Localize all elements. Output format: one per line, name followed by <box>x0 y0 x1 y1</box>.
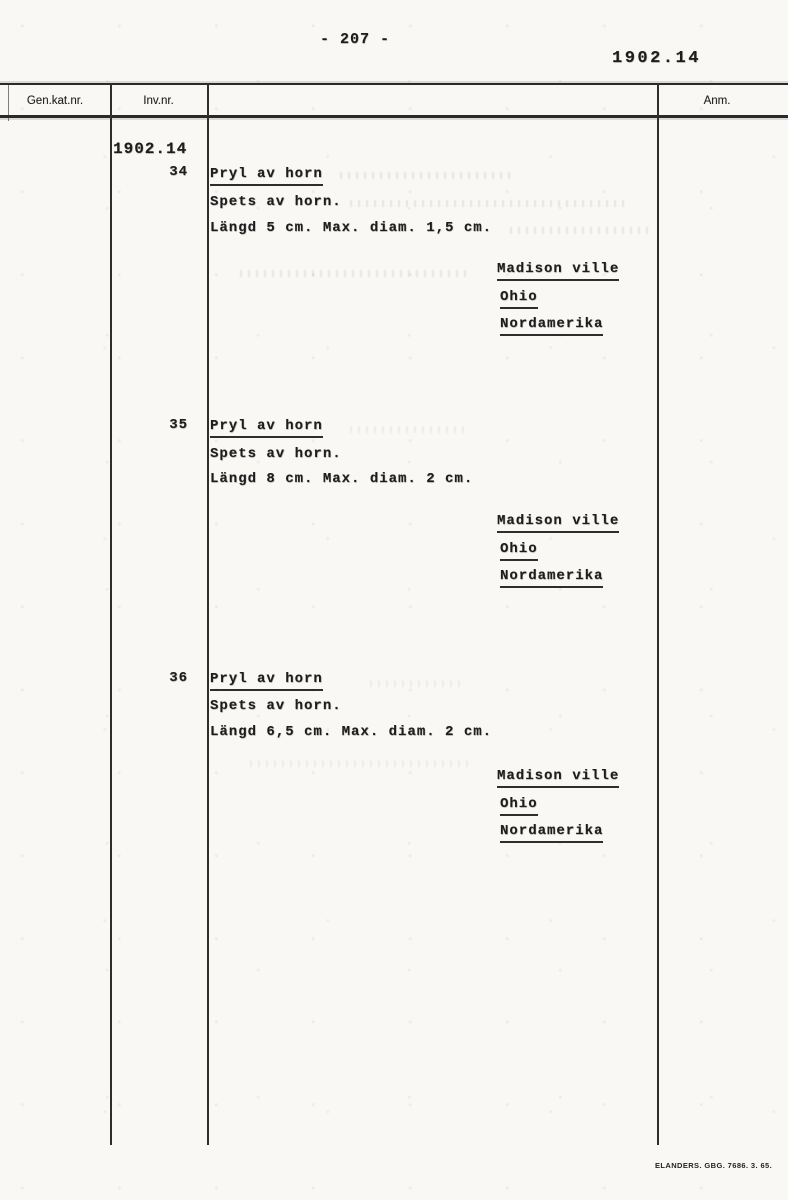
entry-dimensions: Längd 6,5 cm. Max. diam. 2 cm. <box>210 724 492 740</box>
group-catalog-number: 1902.14 <box>113 140 187 158</box>
provenance-region: Ohio <box>500 796 538 812</box>
entry-description: Spets av horn. <box>210 446 342 462</box>
provenance-region: Ohio <box>500 289 538 305</box>
scan-noise <box>510 227 650 234</box>
entry-title: Pryl av horn <box>210 418 323 434</box>
scan-noise <box>350 426 470 433</box>
printer-mark: ELANDERS. GBG. 7686. 3. 65. <box>655 1161 772 1170</box>
entry-inv-nr: 36 <box>110 670 188 686</box>
table-column-line-2 <box>207 83 209 1145</box>
table-column-line-3 <box>657 83 659 1145</box>
page-number: - 207 - <box>300 31 410 48</box>
column-header-inv-nr: Inv.nr. <box>110 95 207 107</box>
scan-noise <box>370 680 460 687</box>
provenance-region: Ohio <box>500 541 538 557</box>
scan-noise <box>240 270 470 277</box>
column-header-anm: Anm. <box>657 95 777 107</box>
entry-description: Spets av horn. <box>210 698 342 714</box>
provenance-place: Madison ville <box>497 768 619 784</box>
entry-title: Pryl av horn <box>210 671 323 687</box>
header-catalog-number: 1902.14 <box>612 49 701 68</box>
provenance-continent: Nordamerika <box>500 823 603 839</box>
entry-description: Spets av horn. <box>210 194 342 210</box>
provenance-continent: Nordamerika <box>500 568 603 584</box>
document-page: - 207 - 1902.14 Gen.kat.nr. Inv.nr. Anm.… <box>0 0 788 1200</box>
column-header-gen-kat-nr: Gen.kat.nr. <box>0 95 110 107</box>
table-column-line-1 <box>110 83 112 1145</box>
table-top-rule <box>0 83 788 85</box>
scan-noise <box>340 172 510 179</box>
scan-noise <box>350 200 630 207</box>
entry-dimensions: Längd 5 cm. Max. diam. 1,5 cm. <box>210 220 492 236</box>
entry-inv-nr: 35 <box>110 417 188 433</box>
entry-dimensions: Längd 8 cm. Max. diam. 2 cm. <box>210 471 473 487</box>
provenance-place: Madison ville <box>497 513 619 529</box>
entry-title: Pryl av horn <box>210 166 323 182</box>
provenance-continent: Nordamerika <box>500 316 603 332</box>
provenance-place: Madison ville <box>497 261 619 277</box>
scan-noise <box>250 760 470 767</box>
entry-inv-nr: 34 <box>110 164 188 180</box>
table-header-rule <box>0 115 788 118</box>
